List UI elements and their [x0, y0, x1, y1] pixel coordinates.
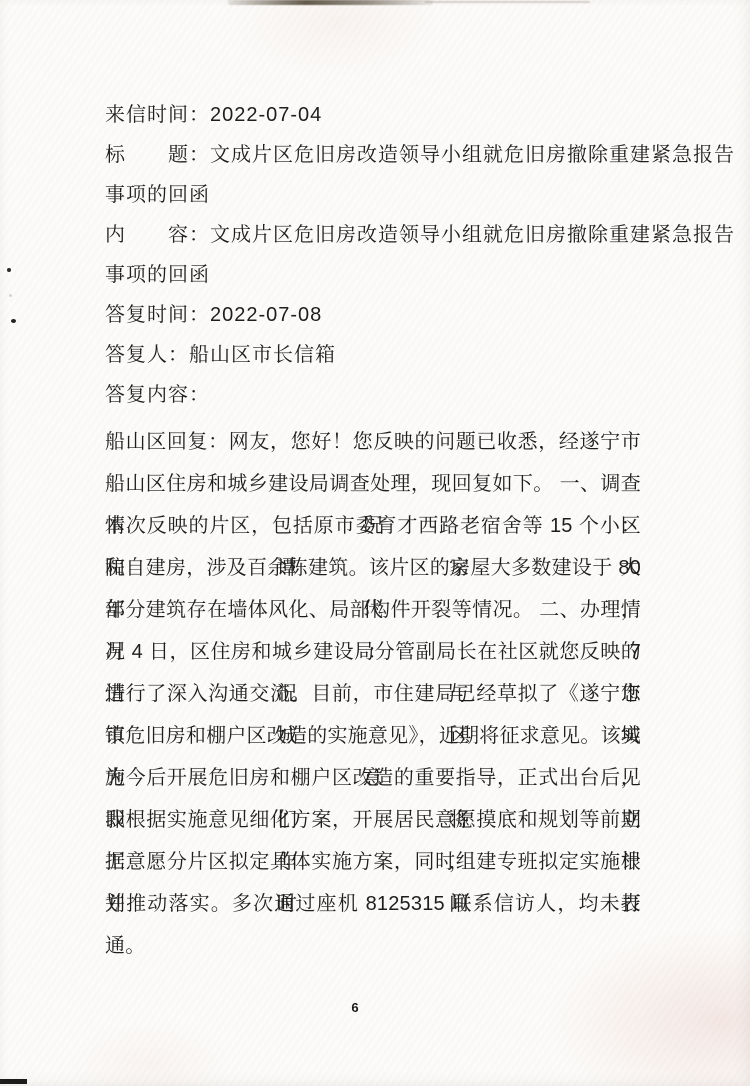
- letter-header-line: 内 容：文成片区危旧房改造领导小组就危旧房撤除重建紧急报告: [105, 215, 641, 255]
- letter-body-line: 船山区住房和城乡建设局调查处理，现回复如下。 一、调查情况：: [105, 463, 641, 505]
- letter-body-line: 即根据实施意见细化方案，开展居民意愿摸底和规划等前期工作，根: [105, 799, 641, 841]
- letter-header-line: 答复内容：: [105, 375, 641, 415]
- letter-body-line: 并推动落实。多次通过座机 8125315 联系信访人，均未打通。: [105, 883, 641, 925]
- letter-body-line: 据意愿分片区拟定具体实施方案，同时组建专班拟定实施计划时间表: [105, 841, 641, 883]
- letter-header-line: 答复人：船山区市长信箱: [105, 335, 641, 375]
- letter-header-line: 答复时间：2022-07-08: [105, 295, 641, 335]
- letter-body-line: 镇危旧房和棚户区改造的实施意见》，近期将征求意见。该实施意见: [105, 715, 641, 757]
- scan-margin-dot: [11, 319, 16, 323]
- letter-body-line: 部分建筑存在墙体风化、局部构件开裂等情况。 二、办理情况：7: [105, 589, 641, 631]
- letter-header: 来信时间：2022-07-04 标 题：文成片区危旧房改造领导小组就危旧房撤除重…: [105, 95, 641, 415]
- letter-body-line: 船山区回复：网友，您好！您反映的问题已收悉，经遂宁市: [105, 421, 641, 463]
- scan-margin-dot: [7, 268, 11, 272]
- scan-margin-dot: [9, 294, 12, 297]
- letter-body-line: 院自建房，涉及百余栋建筑。该片区的房屋大多数建设于 80 年代，: [105, 547, 641, 589]
- page-number: 6: [338, 1000, 372, 1015]
- letter-header-line: 事项的回函: [105, 175, 641, 215]
- letter-header-line: 事项的回函: [105, 255, 641, 295]
- letter-body-line: 月 4 日，区住房和城乡建设局分管副局长在社区就您反映的情况与您: [105, 631, 641, 673]
- scan-top-edge-smudge: [228, 0, 433, 5]
- scanned-letter-page: 来信时间：2022-07-04 标 题：文成片区危旧房改造领导小组就危旧房撤除重…: [0, 0, 750, 1086]
- letter-body-line: 进行了深入沟通交流。目前，市住建局已经草拟了《遂宁市市城区城: [105, 673, 641, 715]
- letter-body-line: 本次反映的片区，包括原市委育才西路老宿舍等 15 个小区和谭家大: [105, 505, 641, 547]
- scan-corner-mark: [0, 1079, 27, 1084]
- scan-top-edge-smudge-tail: [425, 1, 590, 3]
- letter-body-line: 为今后开展危旧房和棚户区改造的重要指导，正式出台后，我们将立: [105, 757, 641, 799]
- letter-content: 来信时间：2022-07-04 标 题：文成片区危旧房改造领导小组就危旧房撤除重…: [105, 95, 641, 925]
- letter-body: 船山区回复：网友，您好！您反映的问题已收悉，经遂宁市 船山区住房和城乡建设局调查…: [105, 421, 641, 925]
- letter-header-line: 标 题：文成片区危旧房改造领导小组就危旧房撤除重建紧急报告: [105, 135, 641, 175]
- letter-header-line: 来信时间：2022-07-04: [105, 95, 641, 135]
